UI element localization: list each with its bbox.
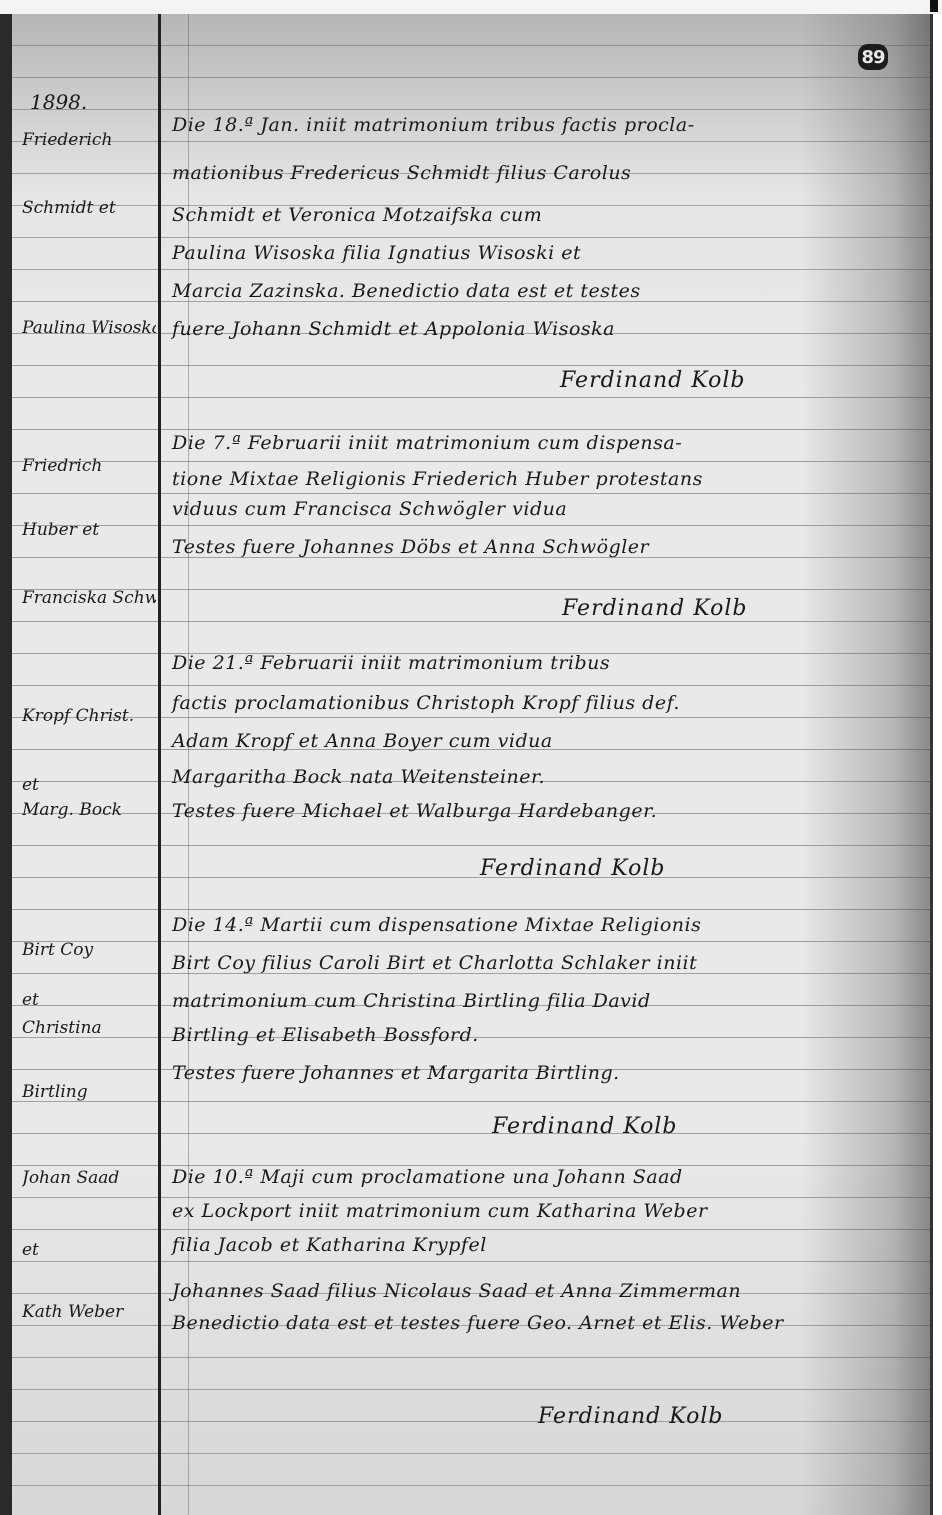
scan-corner-mark [930,0,938,12]
entry-line: Testes fuere Michael et Walburga Hardeba… [172,800,657,822]
entry-line: matrimonium cum Christina Birtling filia… [172,990,651,1012]
entry-line: Paulina Wisoska filia Ignatius Wisoski e… [172,242,581,264]
margin-name: Birtling [22,1082,156,1102]
entry-line: viduus cum Francisca Schwögler vidua [172,498,567,520]
margin-name: Christina [22,1018,156,1038]
margin-name: et [22,1240,156,1260]
margin-name: Friederich [22,130,156,150]
entry-line: Testes fuere Johannes et Margarita Birtl… [172,1062,620,1084]
margin-name: Johan Saad [22,1168,156,1188]
scan-top-margin [0,0,942,14]
entry-line: Adam Kropf et Anna Boyer cum vidua [172,730,553,752]
margin-name: Marg. Bock [22,800,156,820]
entry-line: Testes fuere Johannes Döbs et Anna Schwö… [172,536,649,558]
priest-signature: Ferdinand Kolb [538,1404,723,1429]
priest-signature: Ferdinand Kolb [492,1114,677,1139]
entry-line: Birt Coy filius Caroli Birt et Charlotta… [172,952,697,974]
entry-line: Die 14.ª Martii cum dispensatione Mixtae… [172,914,701,936]
page-binding-edge [0,14,12,1515]
priest-signature: Ferdinand Kolb [562,596,747,621]
entry-line: fuere Johann Schmidt et Appolonia Wisosk… [172,318,615,340]
entry-line: Die 7.ª Februarii iniit matrimonium cum … [172,432,682,454]
entry-line: Die 21.ª Februarii iniit matrimonium tri… [172,652,610,674]
entry-line: Birtling et Elisabeth Bossford. [172,1024,479,1046]
margin-name: Paulina Wisoska [22,318,156,338]
priest-signature: Ferdinand Kolb [560,368,745,393]
margin-name: Friedrich [22,456,156,476]
entry-line: Benedictio data est et testes fuere Geo.… [172,1312,784,1334]
page-number: 89 [858,44,888,70]
year-heading: 1898. [30,90,87,114]
entry-line: Die 10.ª Maji cum proclamatione una Joha… [172,1166,683,1188]
margin-name: Birt Coy [22,940,156,960]
entry-line: tione Mixtae Religionis Friederich Huber… [172,468,703,490]
entry-line: mationibus Fredericus Schmidt filius Car… [172,162,631,184]
margin-name: Huber et [22,520,156,540]
margin-name: Schmidt et [22,198,156,218]
entry-line: ex Lockport iniit matrimonium cum Kathar… [172,1200,708,1222]
entry-line: Johannes Saad filius Nicolaus Saad et An… [172,1280,741,1302]
margin-name: Kropf Christ. [22,706,156,726]
margin-name: et [22,775,156,795]
margin-name: et [22,990,156,1010]
entry-line: Die 18.ª Jan. iniit matrimonium tribus f… [172,114,695,136]
entry-line: factis proclamationibus Christoph Kropf … [172,692,680,714]
entry-line: filia Jacob et Katharina Krypfel [172,1234,487,1256]
margin-name: Kath Weber [22,1302,156,1322]
entry-line: Marcia Zazinska. Benedictio data est et … [172,280,641,302]
margin-rule [158,14,161,1515]
entry-line: Schmidt et Veronica Motzaifska cum [172,204,542,226]
margin-name: Franciska Schwögler [22,588,156,608]
priest-signature: Ferdinand Kolb [480,856,665,881]
entry-line: Margaritha Bock nata Weitensteiner. [172,766,545,788]
